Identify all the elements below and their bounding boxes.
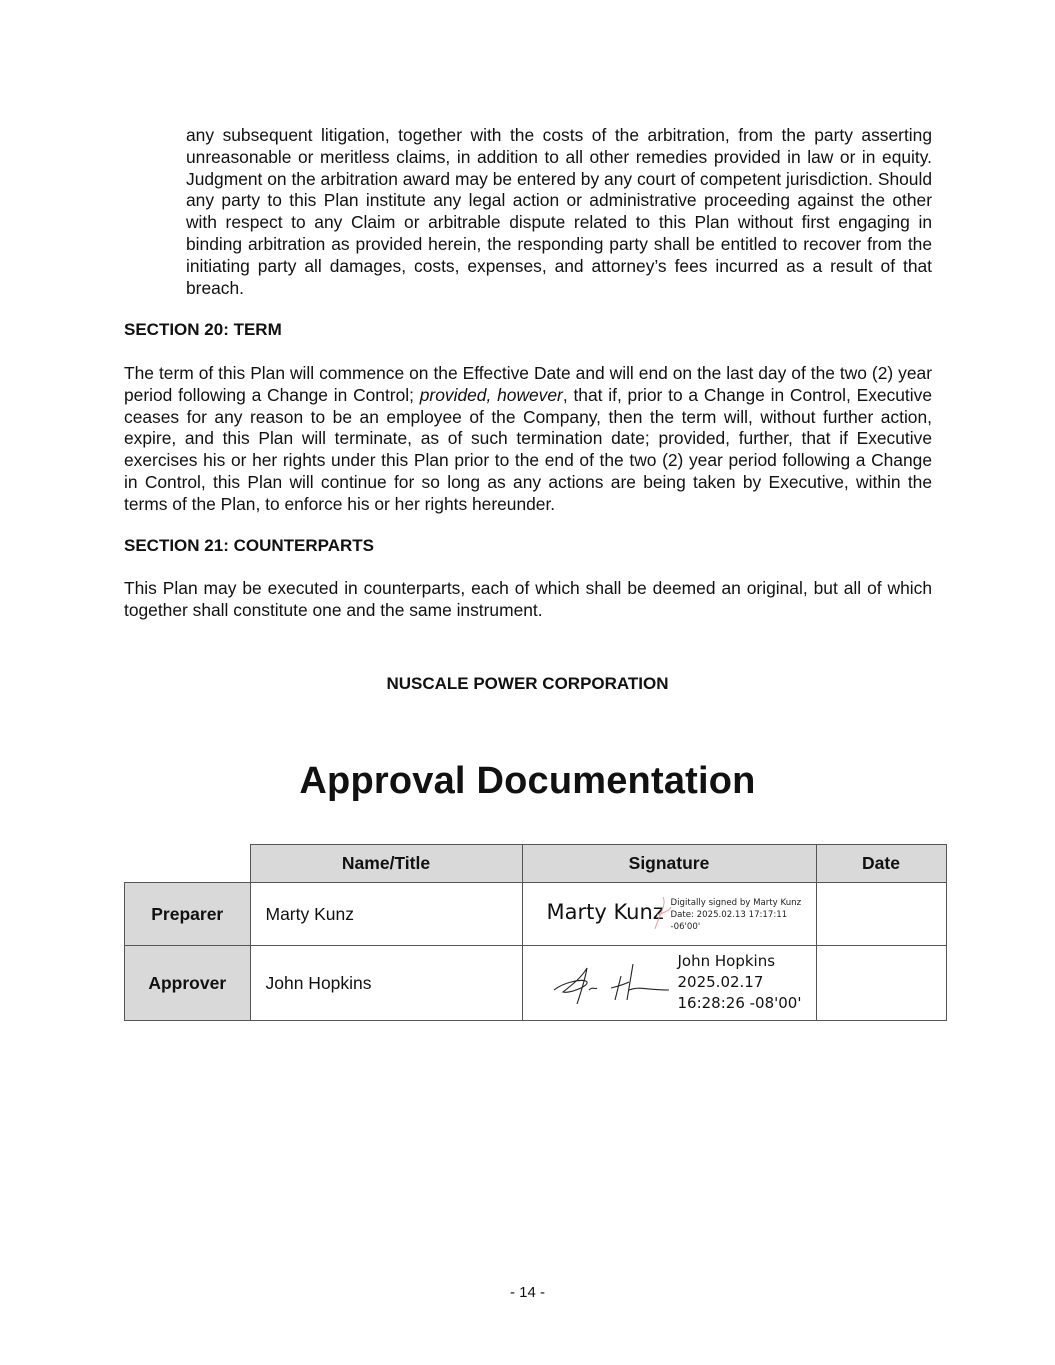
preparer-signature-text: Marty Kunz xyxy=(547,900,664,924)
preparer-signature[interactable]: Marty Kunz Digitally signed by Marty Kun… xyxy=(522,883,816,946)
table-row: Approver John Hopkins John Hopkins 2025.… xyxy=(125,946,947,1021)
approver-signature-meta: John Hopkins 2025.02.17 16:28:26 -08'00' xyxy=(678,951,802,1014)
approver-name: John Hopkins xyxy=(250,946,522,1021)
preparer-name: Marty Kunz xyxy=(250,883,522,946)
table-row: Preparer Marty Kunz Marty Kunz Digitally… xyxy=(125,883,947,946)
header-date: Date xyxy=(816,845,946,883)
page-number: - 14 - xyxy=(0,1284,1055,1301)
section-21-heading: SECTION 21: COUNTERPARTS xyxy=(124,536,374,556)
approval-table: Name/Title Signature Date Preparer Marty… xyxy=(124,844,947,1021)
handwritten-signature-icon xyxy=(549,960,674,1008)
approver-date xyxy=(816,946,946,1021)
row-label-preparer: Preparer xyxy=(125,883,251,946)
blank-header-cell xyxy=(125,845,251,883)
approval-title: Approval Documentation xyxy=(0,760,1055,803)
arbitration-continuation-paragraph: any subsequent litigation, together with… xyxy=(186,125,932,299)
section-20-italic: provided, however xyxy=(420,385,563,405)
section-20-heading: SECTION 20: TERM xyxy=(124,320,282,340)
approver-signature[interactable]: John Hopkins 2025.02.17 16:28:26 -08'00' xyxy=(522,946,816,1021)
preparer-date xyxy=(816,883,946,946)
approval-header-row: Name/Title Signature Date xyxy=(125,845,947,883)
header-signature: Signature xyxy=(522,845,816,883)
header-name-title: Name/Title xyxy=(250,845,522,883)
section-21-paragraph: This Plan may be executed in counterpart… xyxy=(124,578,932,622)
preparer-signature-meta: Digitally signed by Marty Kunz Date: 202… xyxy=(671,897,802,933)
section-20-paragraph: The term of this Plan will commence on t… xyxy=(124,363,932,516)
company-name: NUSCALE POWER CORPORATION xyxy=(0,674,1055,694)
row-label-approver: Approver xyxy=(125,946,251,1021)
